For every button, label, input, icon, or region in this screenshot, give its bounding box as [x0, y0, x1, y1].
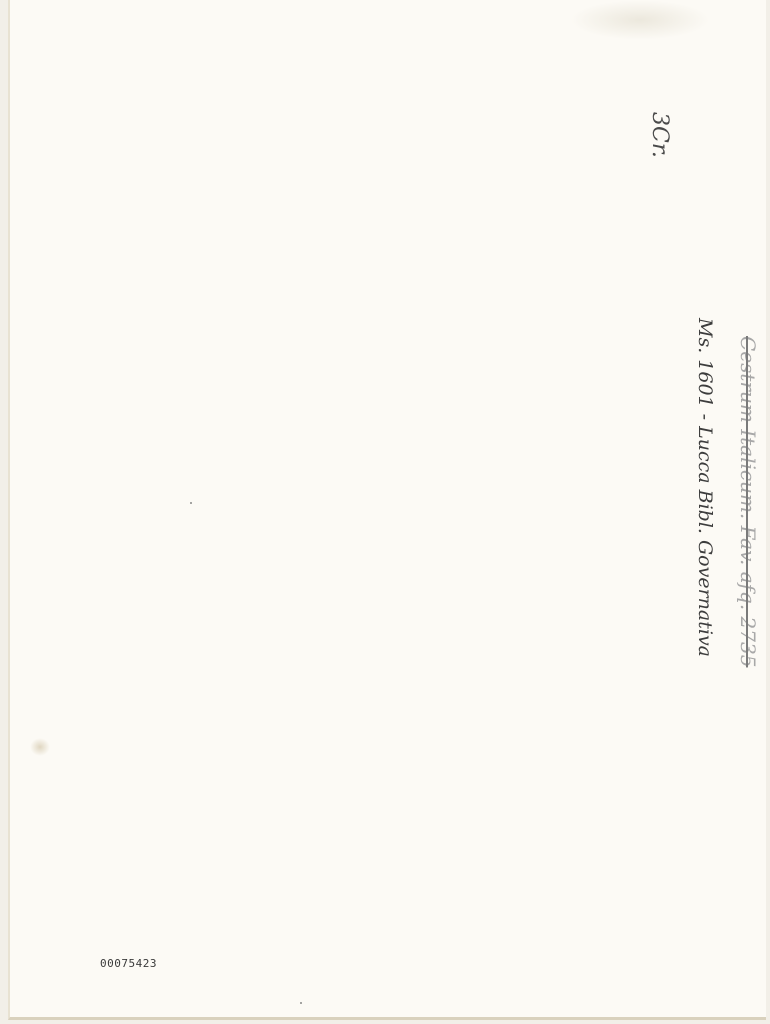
- manuscript-annotation: Ms. 1601 - Lucca Bibl. Governativa: [694, 318, 716, 657]
- paper-stain: [570, 0, 710, 40]
- struck-annotation: Cestrum Italicum. Fav. afq. 2735: [736, 336, 760, 667]
- speck: [300, 1002, 302, 1004]
- paper-stain: [30, 738, 50, 756]
- inventory-number: 00075423: [100, 957, 157, 970]
- shelfmark-annotation: 3Cr.: [647, 112, 672, 158]
- speck: [190, 502, 192, 504]
